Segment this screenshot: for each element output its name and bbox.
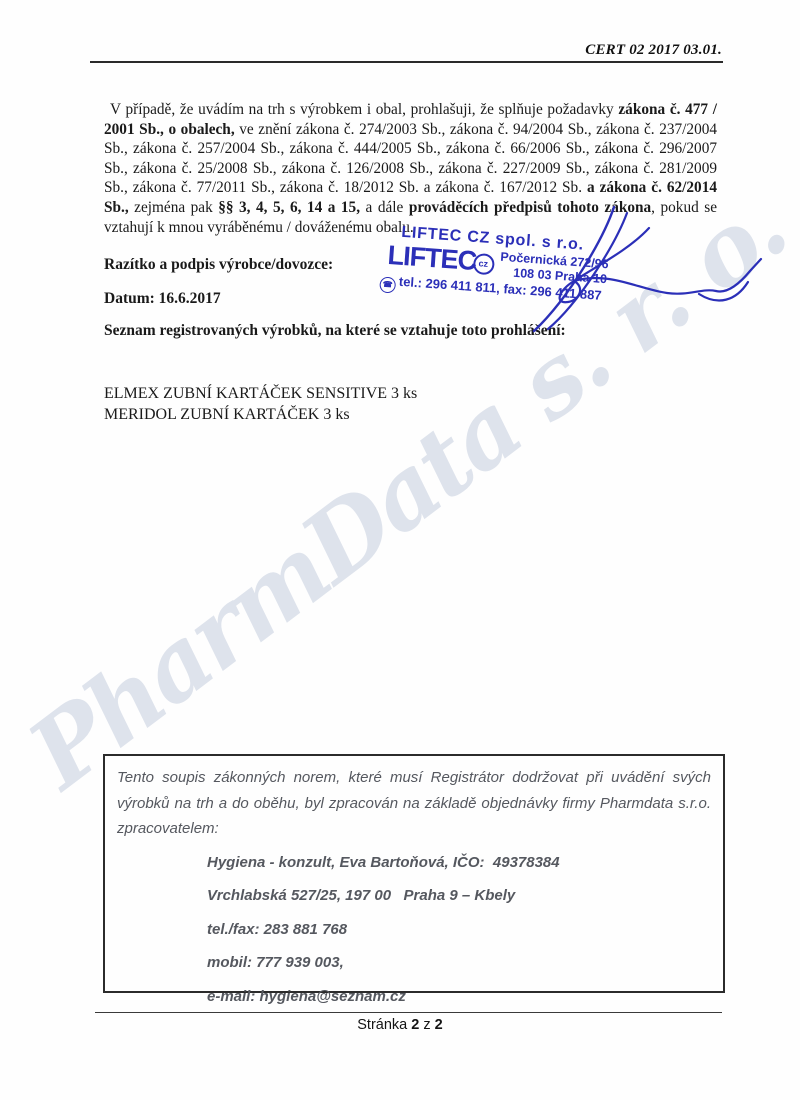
registrar-info-box: Tento soupis zákonných norem, které musí… [103,754,725,993]
handwritten-signature [478,193,800,348]
stamp-signature-label: Razítko a podpis výrobce/dovozce: [104,256,333,274]
product-line: ELMEX ZUBNÍ KARTÁČEK SENSITIVE 3 ks [104,383,417,404]
registrar-contact-block: Hygiena - konzult, Eva Bartoňová, IČO: 4… [207,852,723,1007]
document-code: CERT 02 2017 03.01. [585,42,722,59]
registrar-intro-text: Tento soupis zákonných norem, které musí… [117,765,711,842]
footer-divider [95,1012,722,1013]
contact-line: mobil: 777 939 003, [207,952,723,973]
phone-icon: ☎ [379,276,396,293]
date-label: Datum: 16.6.2017 [104,290,221,308]
contact-line: Hygiena - konzult, Eva Bartoňová, IČO: 4… [207,852,723,873]
page-number: Stránka 2 z 2 [0,1017,800,1033]
contact-line: Vrchlabská 527/25, 197 00 Praha 9 – Kbel… [207,885,723,906]
scanned-document-page: CERT 02 2017 03.01. PharmData s. r. o. V… [0,0,800,1100]
product-list: ELMEX ZUBNÍ KARTÁČEK SENSITIVE 3 ksMERID… [104,383,417,425]
contact-line: tel./fax: 283 881 768 [207,919,723,940]
contact-line: e-mail: hygiena@seznam.cz [207,986,723,1007]
header-divider [90,61,723,63]
product-line: MERIDOL ZUBNÍ KARTÁČEK 3 ks [104,404,417,425]
